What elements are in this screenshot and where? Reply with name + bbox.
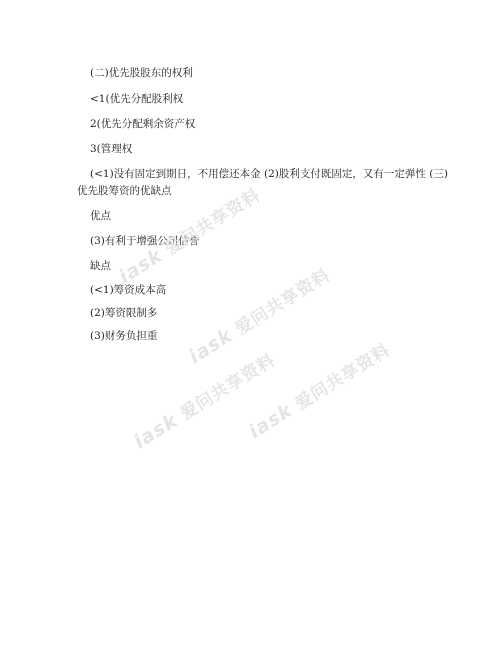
pros-heading: 优点 bbox=[90, 209, 111, 223]
text-line: (3)财务负担重 bbox=[90, 329, 157, 343]
text-line: (<1)没有固定到期日，不用偿还本金 (2)股利支付既固定，又有一定弹性 (三) bbox=[90, 167, 448, 181]
text-line: 2(优先分配剩余资产权 bbox=[90, 117, 195, 131]
watermark-logo-icon: iask bbox=[115, 244, 167, 288]
cons-heading: 缺点 bbox=[90, 259, 111, 273]
watermark-logo-icon: iask bbox=[185, 324, 237, 368]
watermark-logo-icon: iask bbox=[245, 399, 297, 443]
section-heading-shareholder-rights: (二)优先股股东的权利 bbox=[90, 66, 193, 80]
section-heading-pros-cons: 优先股筹资的优缺点 bbox=[77, 184, 172, 198]
text-line: <1(优先分配股利权 bbox=[90, 92, 183, 106]
watermark-logo-icon: iask bbox=[130, 409, 182, 453]
text-line: (2)筹资限制多 bbox=[90, 306, 157, 320]
text-line: 3(管理权 bbox=[90, 142, 132, 156]
